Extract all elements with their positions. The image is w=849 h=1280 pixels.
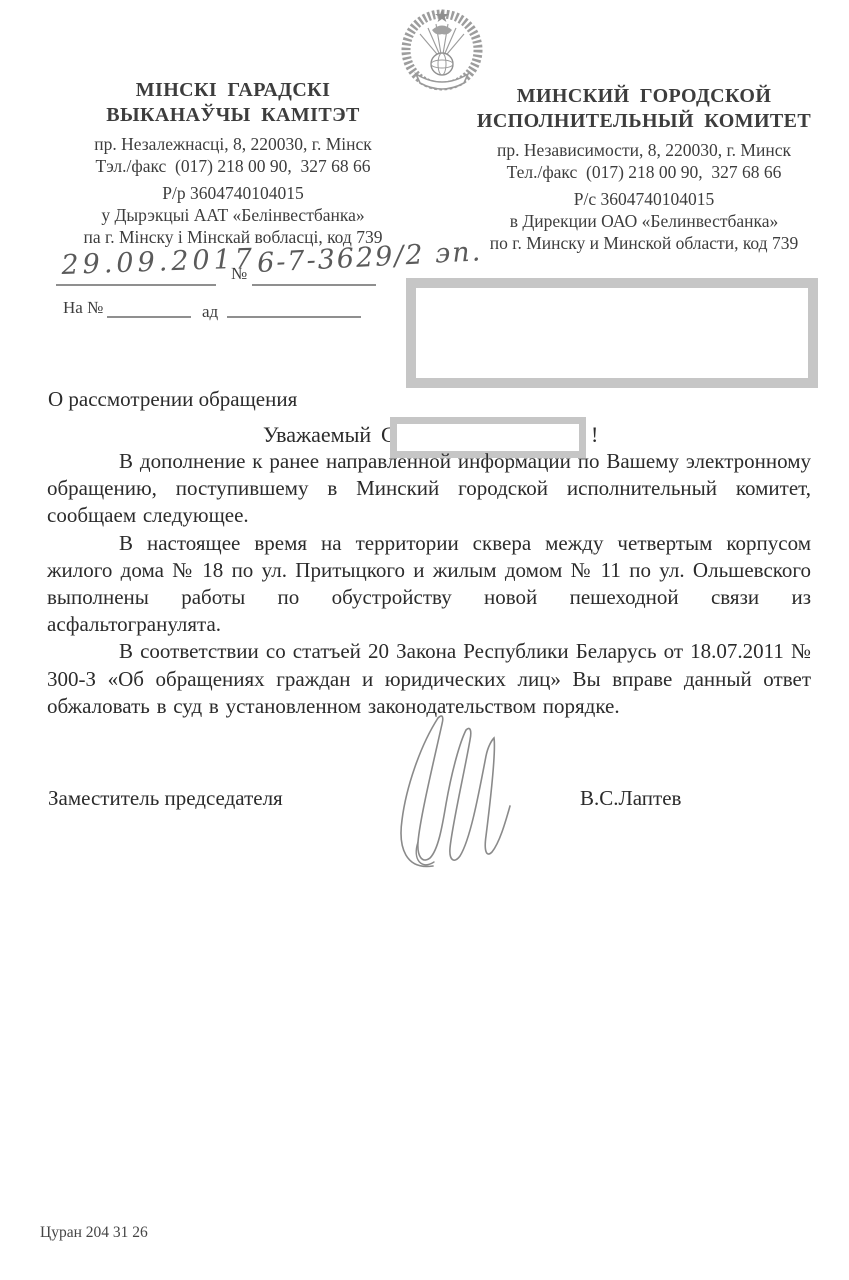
org-bank-be-line1: у Дырэкцыі ААТ «Белінвестбанка» — [38, 204, 428, 226]
org-bank-ru-line2: по г. Минску и Минской области, код 739 — [445, 232, 843, 254]
org-account-be: Р/р 3604740104015 — [38, 182, 428, 204]
header-left-column: МІНСКІ ГАРАДСКІ ВЫКАНАЎЧЫ КАМІТЭТ пр. Не… — [38, 78, 428, 248]
handwritten-date: 29.09.2017 — [61, 243, 257, 281]
org-title-be-line1: МІНСКІ ГАРАДСКІ — [38, 78, 428, 103]
executor-contact-line: Цуран 204 31 26 — [40, 1224, 148, 1242]
body-paragraph-2: В настоящее время на территории сквера м… — [47, 530, 811, 639]
signer-name: В.С.Лаптев — [580, 786, 681, 811]
handwritten-signature-icon — [378, 708, 533, 876]
org-title-ru-line2: ИСПОЛНИТЕЛЬНЫЙ КОМИТЕТ — [445, 109, 843, 134]
org-bank-ru-line1: в Дирекции ОАО «Белинвестбанка» — [445, 210, 843, 232]
signer-position-title: Заместитель председателя — [48, 786, 283, 811]
from-label: ад — [202, 302, 218, 322]
header-right-column: МИНСКИЙ ГОРОДСКОЙ ИСПОЛНИТЕЛЬНЫЙ КОМИТЕТ… — [445, 84, 843, 254]
org-address-ru: пр. Независимости, 8, 220030, г. Минск — [445, 139, 843, 161]
number-rule-line — [252, 284, 376, 286]
org-phone-be: Тэл./факс (017) 218 00 90, 327 68 66 — [38, 155, 428, 177]
date-rule-line — [56, 284, 216, 286]
number-label: № — [231, 264, 247, 284]
body-paragraph-1: В дополнение к ранее направленной информ… — [47, 448, 811, 530]
org-address-be: пр. Незалежнасці, 8, 220030, г. Мінск — [38, 133, 428, 155]
redacted-address-block — [406, 278, 818, 388]
incoming-number-rule-line — [107, 316, 191, 318]
org-phone-ru: Тел./факс (017) 218 00 90, 327 68 66 — [445, 161, 843, 183]
org-title-ru-line1: МИНСКИЙ ГОРОДСКОЙ — [445, 84, 843, 109]
org-title-be-line2: ВЫКАНАЎЧЫ КАМІТЭТ — [38, 103, 428, 128]
org-account-ru: Р/с 3604740104015 — [445, 188, 843, 210]
incoming-number-label: На № — [63, 298, 103, 318]
salutation-suffix: ! — [591, 422, 598, 448]
salutation-prefix: Уважаемый — [263, 422, 371, 448]
from-rule-line — [227, 316, 361, 318]
subject-line: О рассмотрении обращения — [48, 387, 297, 412]
letter-page: МІНСКІ ГАРАДСКІ ВЫКАНАЎЧЫ КАМІТЭТ пр. Не… — [0, 0, 849, 1280]
letter-body: В дополнение к ранее направленной информ… — [47, 448, 811, 720]
